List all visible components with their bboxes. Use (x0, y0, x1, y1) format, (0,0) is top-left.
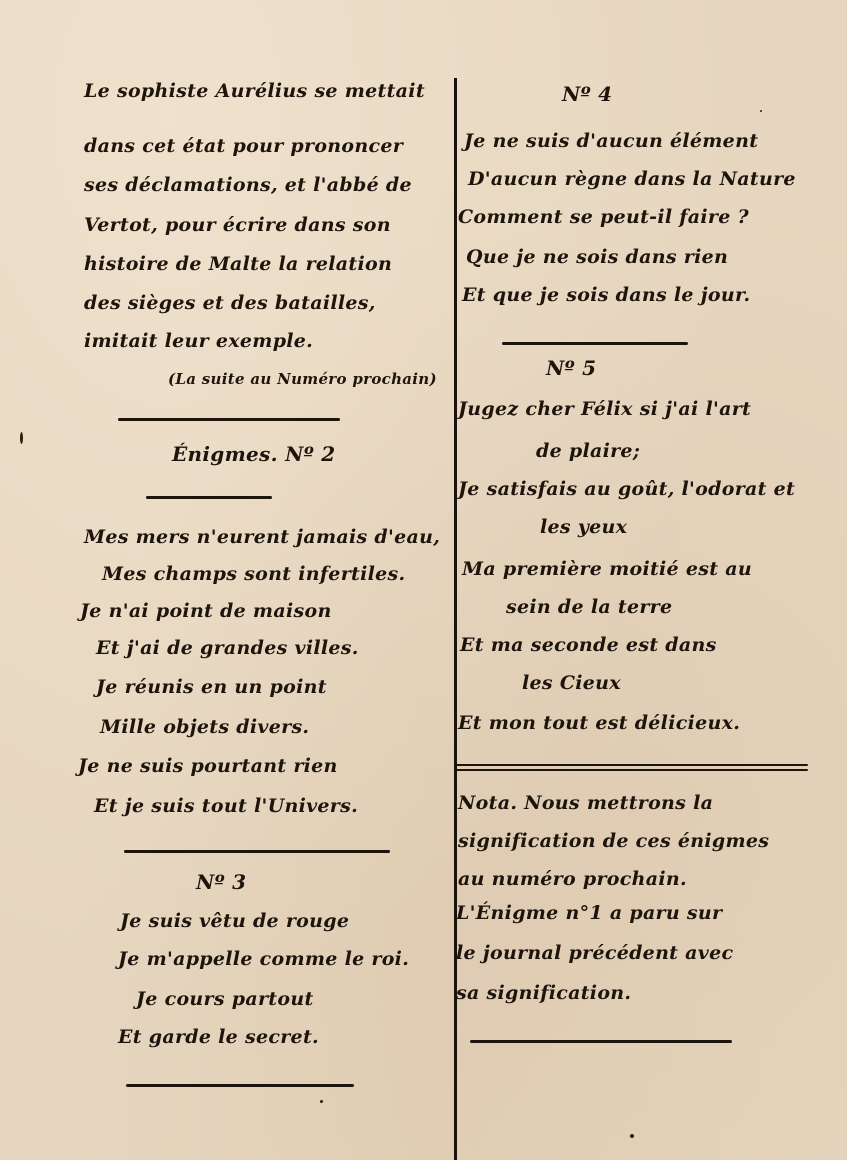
verse-line: Je cours partout (136, 988, 314, 1010)
verse-line: Jugez cher Félix si j'ai l'art (458, 398, 751, 420)
verse-line: D'aucun règne dans la Nature (468, 168, 796, 190)
verse-line: Et ma seconde est dans (460, 634, 717, 656)
ink-speck (20, 432, 23, 444)
ink-speck (630, 1134, 634, 1138)
verse-line: Je ne suis d'aucun élément (464, 130, 758, 152)
enigme-4-heading: Nº 4 (562, 82, 612, 106)
note-line: Nota. Nous mettrons la (458, 792, 713, 814)
verse-line: Ma première moitié est au (462, 558, 752, 580)
double-rule (456, 764, 808, 766)
section-rule (146, 496, 272, 499)
section-rule (126, 1084, 354, 1087)
prose-line: Vertot, pour écrire dans son (84, 214, 391, 236)
verse-line: Et j'ai de grandes villes. (96, 637, 359, 659)
verse-line: Et garde le secret. (118, 1026, 319, 1048)
note-line: le journal précédent avec (456, 942, 733, 964)
verse-line: Je ne suis pourtant rien (78, 755, 338, 777)
verse-line: Je satisfais au goût, l'odorat et (458, 478, 795, 500)
manuscript-page: Le sophiste Aurélius se mettait dans cet… (0, 0, 847, 1160)
verse-line: Je n'ai point de maison (80, 600, 332, 622)
ink-speck (320, 1100, 323, 1103)
note-line: sa signification. (456, 982, 631, 1004)
note-line: signification de ces énigmes (458, 830, 769, 852)
verse-line: Et mon tout est délicieux. (458, 712, 740, 734)
verse-line: Mille objets divers. (100, 716, 309, 738)
note-line: L'Énigme n°1 a paru sur (456, 902, 722, 924)
verse-line: sein de la terre (506, 596, 672, 618)
continuation-note: (La suite au Numéro prochain) (168, 370, 437, 388)
note-line: au numéro prochain. (458, 868, 687, 890)
verse-line: Je suis vêtu de rouge (120, 910, 349, 932)
verse-line: les Cieux (522, 672, 621, 694)
prose-line: imitait leur exemple. (84, 330, 313, 352)
verse-line: Que je ne sois dans rien (466, 246, 728, 268)
verse-line: Et que je sois dans le jour. (462, 284, 750, 306)
section-rule (502, 342, 688, 345)
verse-line: de plaire; (536, 440, 640, 462)
verse-line: Mes champs sont infertiles. (102, 563, 405, 585)
verse-line: les yeux (540, 516, 627, 538)
enigmes-heading: Énigmes. Nº 2 (172, 442, 336, 466)
verse-line: Et je suis tout l'Univers. (94, 795, 358, 817)
verse-line: Je m'appelle comme le roi. (118, 948, 409, 970)
verse-line: Comment se peut-il faire ? (458, 206, 749, 228)
prose-line: des sièges et des batailles, (84, 292, 376, 314)
section-rule (124, 850, 390, 853)
prose-line: dans cet état pour prononcer (84, 135, 403, 157)
enigme-3-heading: Nº 3 (196, 870, 246, 894)
enigme-5-heading: Nº 5 (546, 356, 596, 380)
ink-speck (760, 110, 762, 112)
section-rule (118, 418, 340, 421)
prose-line: ses déclamations, et l'abbé de (84, 174, 412, 196)
section-rule (470, 1040, 732, 1043)
verse-line: Mes mers n'eurent jamais d'eau, (84, 526, 440, 548)
prose-line: histoire de Malte la relation (84, 253, 392, 275)
verse-line: Je réunis en un point (96, 676, 327, 698)
prose-line: Le sophiste Aurélius se mettait (84, 80, 425, 102)
